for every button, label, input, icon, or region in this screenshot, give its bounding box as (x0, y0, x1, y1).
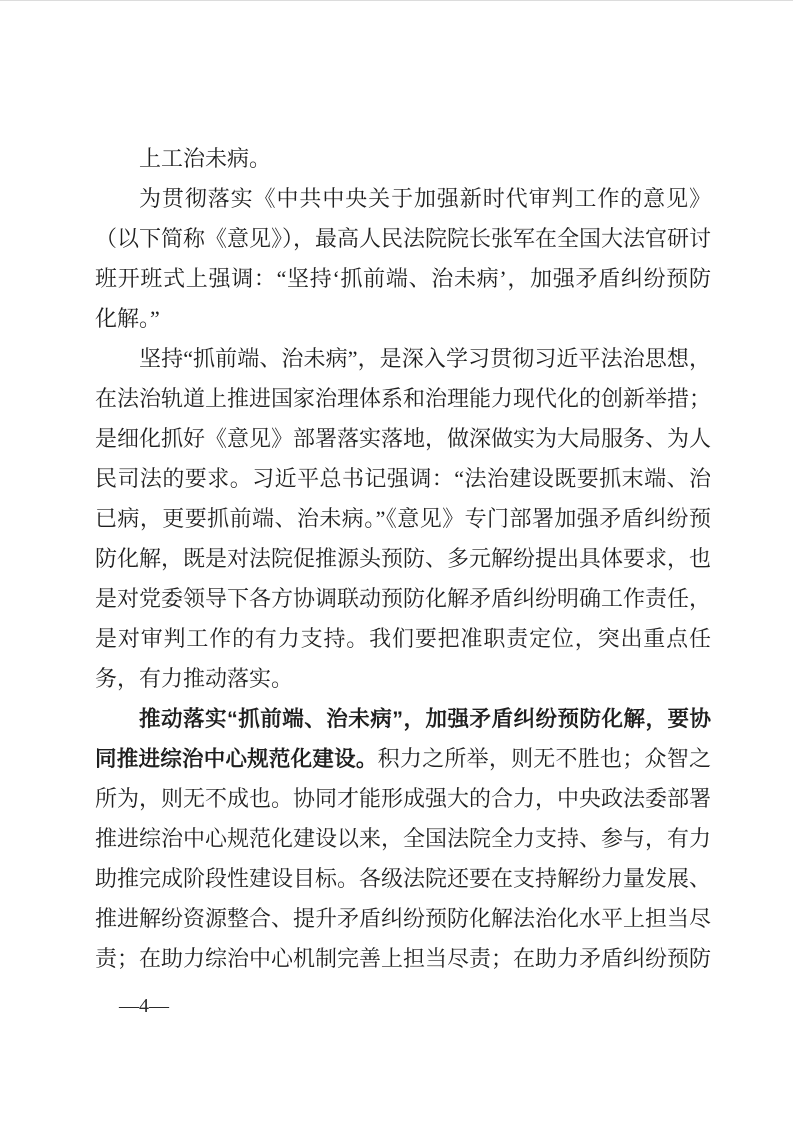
paragraph-2: 为贯彻落实《中共中央关于加强新时代审判工作的意见》（以下简称《意见》），最高人民… (95, 179, 711, 339)
document-page: { "document": { "page_number": "—4—", "p… (0, 0, 793, 1122)
paragraph-4-body: 积力之所举，则无不胜也；众智之所为，则无不成也。协同才能形成强大的合力，中央政法… (95, 746, 711, 971)
paragraph-1: 上工治未病。 (95, 139, 711, 179)
paragraph-3: 坚持“抓前端、治未病”，是深入学习贯彻习近平法治思想，在法治轨道上推进国家治理体… (95, 339, 711, 699)
document-body: 上工治未病。 为贯彻落实《中共中央关于加强新时代审判工作的意见》（以下简称《意见… (95, 139, 711, 979)
paragraph-4: 推动落实“抓前端、治未病”，加强矛盾纠纷预防化解，要协同推进综治中心规范化建设。… (95, 699, 711, 979)
page-number: —4— (119, 994, 169, 1018)
